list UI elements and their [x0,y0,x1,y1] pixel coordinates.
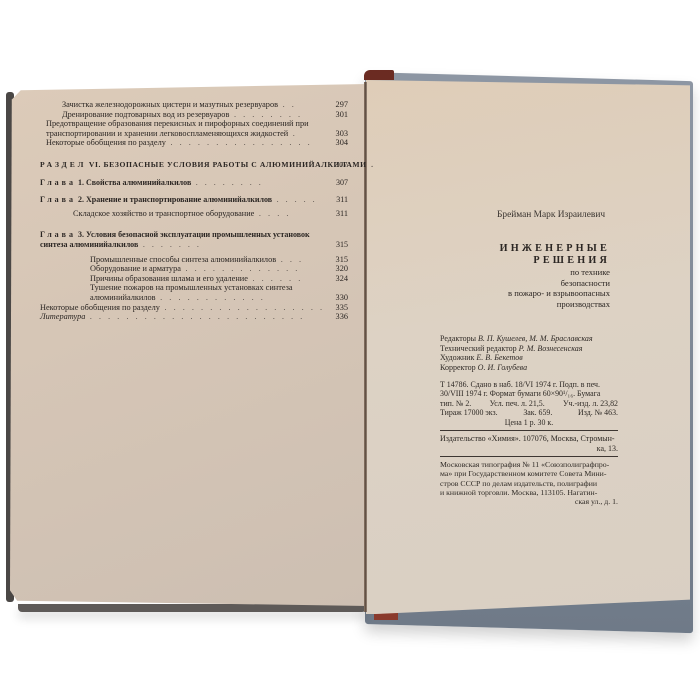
printer-line: стров СССР по делам издательств, полигра… [440,479,618,488]
imprint-line: тип. № 2. Усл. печ. л. 21,5. Уч.-изд. л.… [440,399,618,408]
toc-entry-page: 315 [336,255,348,265]
toc-entry-page: 315 [336,240,348,250]
toc-chapter: Глава 2. Хранение и транспортирование ал… [40,195,348,205]
subtitle-line: безопасности [490,278,610,289]
toc-entry-title: Промышленные способы синтеза алюминийалк… [90,255,276,265]
credits-block: Редакторы В. П. Кушелев, М. М. Браславск… [440,334,618,372]
imprint-item: Уч.-изд. л. 23,82 [563,399,618,408]
divider [440,456,618,457]
chapter-title: 2. Хранение и транспортирование алюминий… [78,195,272,204]
printer-block: Московская типография № 11 «Союзполиграф… [440,460,618,506]
toc-entry-page: 311 [336,209,348,219]
section-label: РАЗДЕЛ [40,160,86,169]
toc-entry-title: Предотвращение образования перекисных и … [46,119,309,138]
toc-entry-page: 297 [336,100,348,110]
publisher-line: Издательство «Химия». 107076, Москва, Ст… [440,434,618,444]
credit-line: Художник Е. В. Бекетов [440,353,618,363]
toc-entry-page: 307 [335,160,348,170]
chapter-title: 1. Свойства алюминийалкилов [78,178,191,187]
toc-entry-page: 303 [336,129,348,139]
credit-names: В. П. Кушелев, М. М. Браславская [478,334,593,343]
section-title: VI. БЕЗОПАСНЫЕ УСЛОВИЯ РАБОТЫ С АЛЮМИНИЙ… [89,160,367,169]
toc-entry-page: 311 [336,195,348,205]
front-cover-bottom-edge [18,604,366,612]
toc-entry-title: Причины образования шлама и его удаление [90,274,248,284]
toc-entry-page: 304 [336,138,348,148]
divider [440,430,618,431]
subtitle-line: производствах [490,299,610,310]
credit-role: Технический редактор [440,344,517,353]
chapter-label: Глава [40,195,76,204]
toc-entry: Складское хозяйство и транспортное обору… [40,209,348,219]
toc-entry: Некоторые обобщения по разделу . . . . .… [40,303,348,313]
toc-section-heading: РАЗДЕЛ VI. БЕЗОПАСНЫЕ УСЛОВИЯ РАБОТЫ С А… [40,160,348,170]
credit-names: Е. В. Бекетов [476,353,522,362]
toc-entry: Дренирование подтоварных вод из резервуа… [40,110,348,120]
title-line-1: ИНЖЕНЕРНЫЕ [490,243,610,255]
imprint-line: 30/VIII 1974 г. Формат бумаги 60×90¹/₁₆.… [440,389,618,398]
toc-entry-page: 301 [336,110,348,120]
printer-line: ма» при Государственном комитете Совета … [440,469,618,478]
toc-entry: Зачистка железнодорожных цистерн и мазут… [40,100,348,110]
subtitle-line: в пожаро- и взрывоопасных [490,288,610,299]
toc-chapter: Глава 3. Условия безопасной эксплуатации… [40,230,348,249]
toc-entry: Тушение пожаров на промышленных установк… [40,283,348,302]
toc-entry-title: Оборудование и арматура [90,264,181,274]
credit-line: Технический редактор Р. М. Вознесенская [440,344,618,354]
toc-entry-title: Некоторые обобщения по разделу [46,138,166,148]
toc-entry-page: 330 [336,293,348,303]
credit-line: Редакторы В. П. Кушелев, М. М. Браславск… [440,334,618,344]
toc-entry-title: Литература [40,312,85,322]
toc-entry-title: Зачистка железнодорожных цистерн и мазут… [62,100,278,110]
imprint-item: Зак. 659. [523,408,552,417]
imprint-item: тип. № 2. [440,399,471,408]
credit-role: Редакторы [440,334,476,343]
imprint-line: Тираж 17000 экз. Зак. 659. Изд. № 463. [440,408,618,417]
toc-entry: Предотвращение образования перекисных и … [40,119,348,138]
toc-entry-title: Складское хозяйство и транспортное обору… [73,209,254,219]
toc-entry: Причины образования шлама и его удаление… [40,274,348,284]
printer-line: ская ул., д. 1. [440,497,618,506]
subtitle-line: по технике [490,267,610,278]
author-name: Брейман Марк Израилевич [497,210,605,220]
toc-entry: Некоторые обобщения по разделу . . . . .… [40,138,348,148]
credit-names: Р. М. Вознесенская [519,344,583,353]
publisher-block: Издательство «Химия». 107076, Москва, Ст… [440,434,618,453]
table-of-contents: Зачистка железнодорожных цистерн и мазут… [40,100,348,322]
imprint-item: Изд. № 463. [578,408,618,417]
printer-line: Московская типография № 11 «Союзполиграф… [440,460,618,469]
toc-entry: Литература . . . . . . . . . . . . . . .… [40,312,348,322]
chapter-label: Глава [40,230,76,239]
credit-role: Художник [440,353,474,362]
credit-role: Корректор [440,363,476,372]
chapter-label: Глава [40,178,76,187]
imprint-block: Т 14786. Сдано в наб. 18/VI 1974 г. Подп… [440,380,618,506]
title-block: ИНЖЕНЕРНЫЕ РЕШЕНИЯ по технике безопаснос… [490,243,610,309]
price: Цена 1 р. 30 к. [440,418,618,427]
toc-entry-title: Дренирование подтоварных вод из резервуа… [62,110,229,120]
toc-entry-page: 336 [336,312,348,322]
publisher-line: ка, 13. [440,444,618,454]
title-line-2: РЕШЕНИЯ [490,255,610,267]
toc-entry-title: Некоторые обобщения по разделу [40,303,160,313]
printer-line: и книжной торговли. Москва, 113105. Нага… [440,488,618,497]
toc-chapter: Глава 1. Свойства алюминийалкилов . . . … [40,178,348,188]
credit-line: Корректор О. И. Голубева [440,363,618,373]
imprint-line: Т 14786. Сдано в наб. 18/VI 1974 г. Подп… [440,380,618,389]
spine-corner-top [364,70,394,80]
toc-entry-page: 307 [336,178,348,188]
toc-entry-page: 324 [336,274,348,284]
toc-entry-page: 335 [336,303,348,313]
imprint-item: Усл. печ. л. 21,5. [490,399,545,408]
toc-entry: Оборудование и арматура . . . . . . . . … [40,264,348,274]
toc-entry: Промышленные способы синтеза алюминийалк… [40,255,348,265]
credit-names: О. И. Голубева [478,363,527,372]
toc-entry-page: 320 [336,264,348,274]
imprint-item: Тираж 17000 экз. [440,408,498,417]
